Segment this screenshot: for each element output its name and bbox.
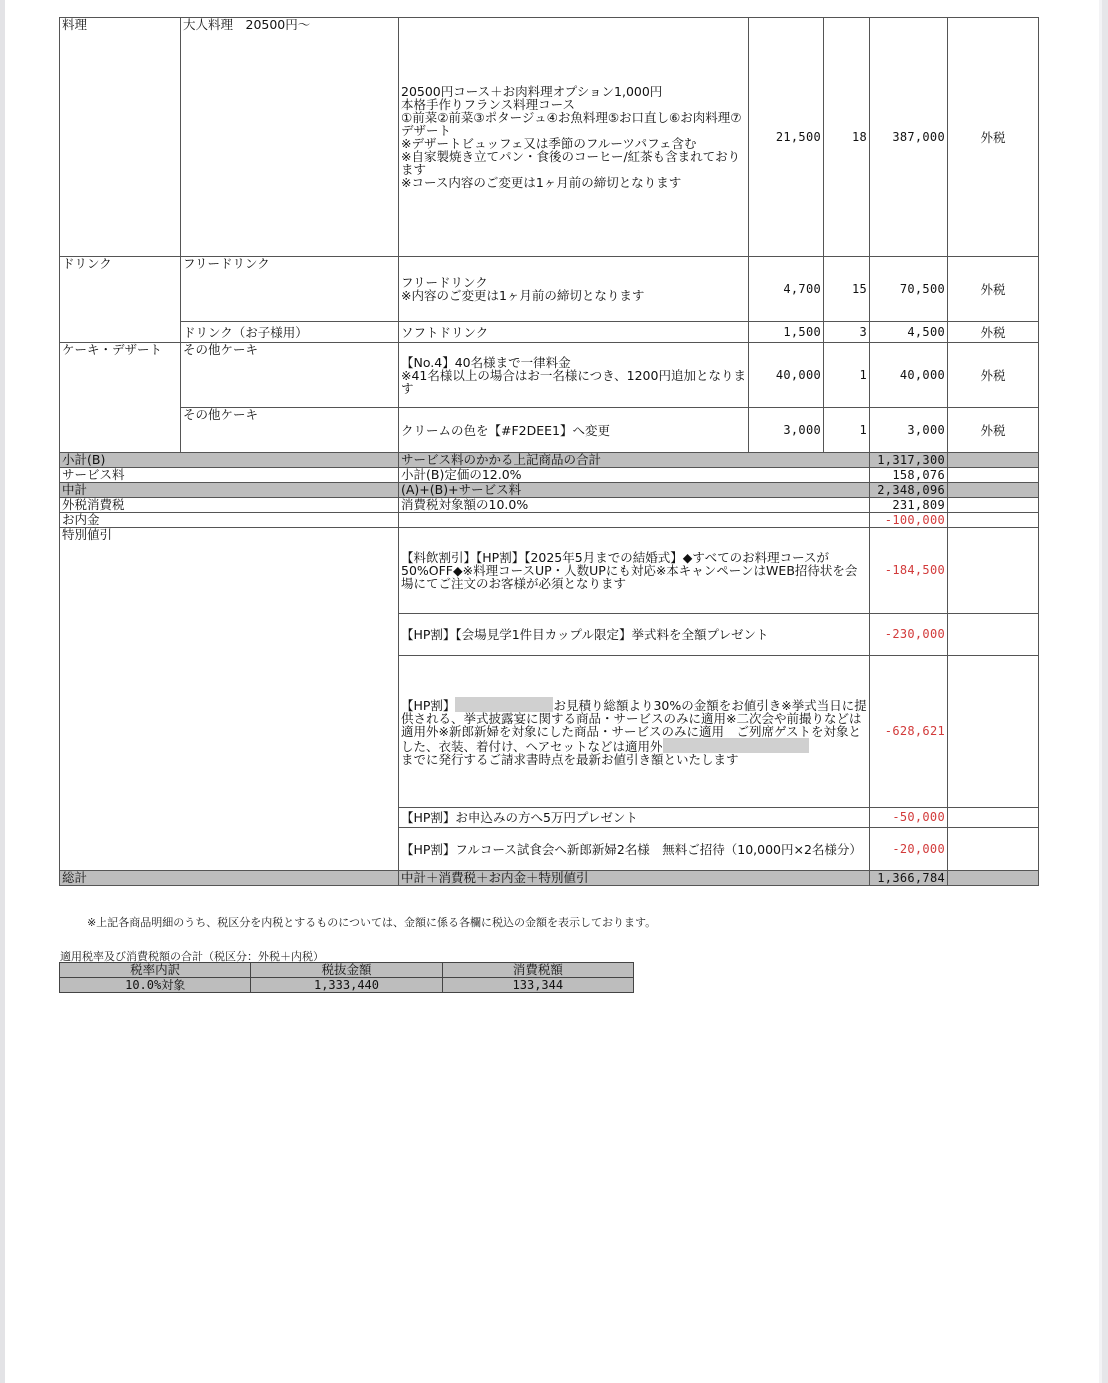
description-cell: フリードリンク ※内容のご変更は1ヶ月前の締切となります <box>399 257 749 322</box>
summary-label: 外税消費税 <box>60 498 399 513</box>
page-edge-right <box>1102 0 1108 1383</box>
discount-description: 【料飲割引】【HP割】【2025年5月までの結婚式】◆すべてのお料理コースが50… <box>399 528 870 614</box>
summary-description: (A)+(B)+サービス料 <box>399 483 870 498</box>
discount-amount: -230,000 <box>870 614 948 656</box>
summary-amount: 231,809 <box>870 498 948 513</box>
grand-total-amount: 1,366,784 <box>870 871 948 886</box>
item-cell: その他ケーキ <box>181 343 399 408</box>
discount-description: 【HP割】フルコース試食会へ新郎新婦2名様 無料ご招待（10,000円×2名様分… <box>399 828 870 871</box>
summary-description: サービス料のかかる上記商品の合計 <box>399 453 870 468</box>
deposit-row: お内金 -100,000 <box>60 513 1039 528</box>
summary-description: 小計(B)定価の12.0% <box>399 468 870 483</box>
rate-cell: 10.0%対象 <box>60 978 251 993</box>
summary-description <box>399 513 870 528</box>
header-cell: 消費税額 <box>442 963 633 978</box>
unit-price-cell: 40,000 <box>749 343 824 408</box>
tax-summary-table: 税率内訳 税抜金額 消費税額 10.0%対象 1,333,440 133,344 <box>59 962 634 993</box>
summary-amount: 2,348,096 <box>870 483 948 498</box>
unit-price-cell: 1,500 <box>749 322 824 343</box>
table-row: ドリンク（お子様用） ソフトドリンク 1,500 3 4,500 外税 <box>60 322 1039 343</box>
summary-label: 総計 <box>60 871 399 886</box>
header-cell: 税率内訳 <box>60 963 251 978</box>
summary-blank <box>948 513 1039 528</box>
discount-amount: -184,500 <box>870 528 948 614</box>
table-row: 料理 大人料理 20500円～ 20500円コース＋お肉料理オプション1,000… <box>60 18 1039 257</box>
item-cell: ドリンク（お子様用） <box>181 322 399 343</box>
discount-amount: -50,000 <box>870 808 948 828</box>
category-cell: ケーキ・デザート <box>60 343 181 453</box>
summary-blank <box>948 871 1039 886</box>
discount-text-part: までに発行するご請求書時点を最新お値引き額といたします <box>401 752 739 767</box>
unit-price-cell: 4,700 <box>749 257 824 322</box>
summary-amount: 158,076 <box>870 468 948 483</box>
unit-price-cell: 3,000 <box>749 408 824 453</box>
middle-total-row: 中計 (A)+(B)+サービス料 2,348,096 <box>60 483 1039 498</box>
special-discount-row: 特別値引 【料飲割引】【HP割】【2025年5月までの結婚式】◆すべてのお料理コ… <box>60 528 1039 614</box>
summary-description: 消費税対象額の10.0% <box>399 498 870 513</box>
item-cell: 大人料理 20500円～ <box>181 18 399 257</box>
amount-cell: 40,000 <box>870 343 948 408</box>
header-cell: 税抜金額 <box>251 963 442 978</box>
tax-type-cell: 外税 <box>948 408 1039 453</box>
summary-amount: -100,000 <box>870 513 948 528</box>
tax-summary-header: 税率内訳 税抜金額 消費税額 <box>60 963 634 978</box>
description-cell: 20500円コース＋お肉料理オプション1,000円 本格手作りフランス料理コース… <box>399 18 749 257</box>
category-cell: 料理 <box>60 18 181 257</box>
tax-amount-cell: 133,344 <box>442 978 633 993</box>
amount-cell: 3,000 <box>870 408 948 453</box>
summary-blank <box>948 483 1039 498</box>
summary-blank <box>948 453 1039 468</box>
discount-description: 【HP割】【会場見学1件目カップル限定】挙式料を全額プレゼント <box>399 614 870 656</box>
quantity-cell: 15 <box>824 257 870 322</box>
item-cell: フリードリンク <box>181 257 399 322</box>
summary-blank <box>948 528 1039 614</box>
summary-description: 中計＋消費税＋お内金＋特別値引 <box>399 871 870 886</box>
discount-amount: -20,000 <box>870 828 948 871</box>
summary-label: 特別値引 <box>60 528 399 871</box>
quantity-cell: 1 <box>824 408 870 453</box>
summary-blank <box>948 828 1039 871</box>
summary-blank <box>948 614 1039 656</box>
tax-summary-row: 10.0%対象 1,333,440 133,344 <box>60 978 634 993</box>
summary-label: お内金 <box>60 513 399 528</box>
unit-price-cell: 21,500 <box>749 18 824 257</box>
estimate-table: 料理 大人料理 20500円～ 20500円コース＋お肉料理オプション1,000… <box>59 17 1039 886</box>
tax-type-cell: 外税 <box>948 343 1039 408</box>
item-cell: その他ケーキ <box>181 408 399 453</box>
consumption-tax-row: 外税消費税 消費税対象額の10.0% 231,809 <box>60 498 1039 513</box>
redacted-block <box>455 697 553 712</box>
tax-type-cell: 外税 <box>948 18 1039 257</box>
discount-amount: -628,621 <box>870 656 948 808</box>
summary-label: 中計 <box>60 483 399 498</box>
amount-cell: 4,500 <box>870 322 948 343</box>
grand-total-row: 総計 中計＋消費税＋お内金＋特別値引 1,366,784 <box>60 871 1039 886</box>
summary-amount: 1,317,300 <box>870 453 948 468</box>
summary-label: サービス料 <box>60 468 399 483</box>
quantity-cell: 3 <box>824 322 870 343</box>
quantity-cell: 1 <box>824 343 870 408</box>
description-cell: ソフトドリンク <box>399 322 749 343</box>
description-cell: クリームの色を【#F2DEE1】へ変更 <box>399 408 749 453</box>
table-row: ドリンク フリードリンク フリードリンク ※内容のご変更は1ヶ月前の締切となりま… <box>60 257 1039 322</box>
redacted-block <box>663 738 809 753</box>
category-cell: ドリンク <box>60 257 181 343</box>
service-fee-row: サービス料 小計(B)定価の12.0% 158,076 <box>60 468 1039 483</box>
amount-cell: 387,000 <box>870 18 948 257</box>
summary-blank <box>948 468 1039 483</box>
amount-cell: 70,500 <box>870 257 948 322</box>
footnote: ※上記各商品明細のうち、税区分を内税とするものについては、金額に係る各欄に税込の… <box>87 914 656 930</box>
tax-type-cell: 外税 <box>948 257 1039 322</box>
discount-description: 【HP割】お見積り総額より30%の金額をお値引き※挙式当日に提供される、挙式披露… <box>399 656 870 808</box>
subtotal-b-row: 小計(B) サービス料のかかる上記商品の合計 1,317,300 <box>60 453 1039 468</box>
summary-label: 小計(B) <box>60 453 399 468</box>
table-row: ケーキ・デザート その他ケーキ 【No.4】40名様まで一律料金 ※41名様以上… <box>60 343 1039 408</box>
summary-blank <box>948 808 1039 828</box>
summary-blank <box>948 656 1039 808</box>
table-row: その他ケーキ クリームの色を【#F2DEE1】へ変更 3,000 1 3,000… <box>60 408 1039 453</box>
tax-type-cell: 外税 <box>948 322 1039 343</box>
discount-description: 【HP割】お申込みの方へ5万円プレゼント <box>399 808 870 828</box>
summary-blank <box>948 498 1039 513</box>
quantity-cell: 18 <box>824 18 870 257</box>
description-cell: 【No.4】40名様まで一律料金 ※41名様以上の場合はお一名様につき、1200… <box>399 343 749 408</box>
pre-tax-amount-cell: 1,333,440 <box>251 978 442 993</box>
page-edge-left <box>0 0 5 1383</box>
